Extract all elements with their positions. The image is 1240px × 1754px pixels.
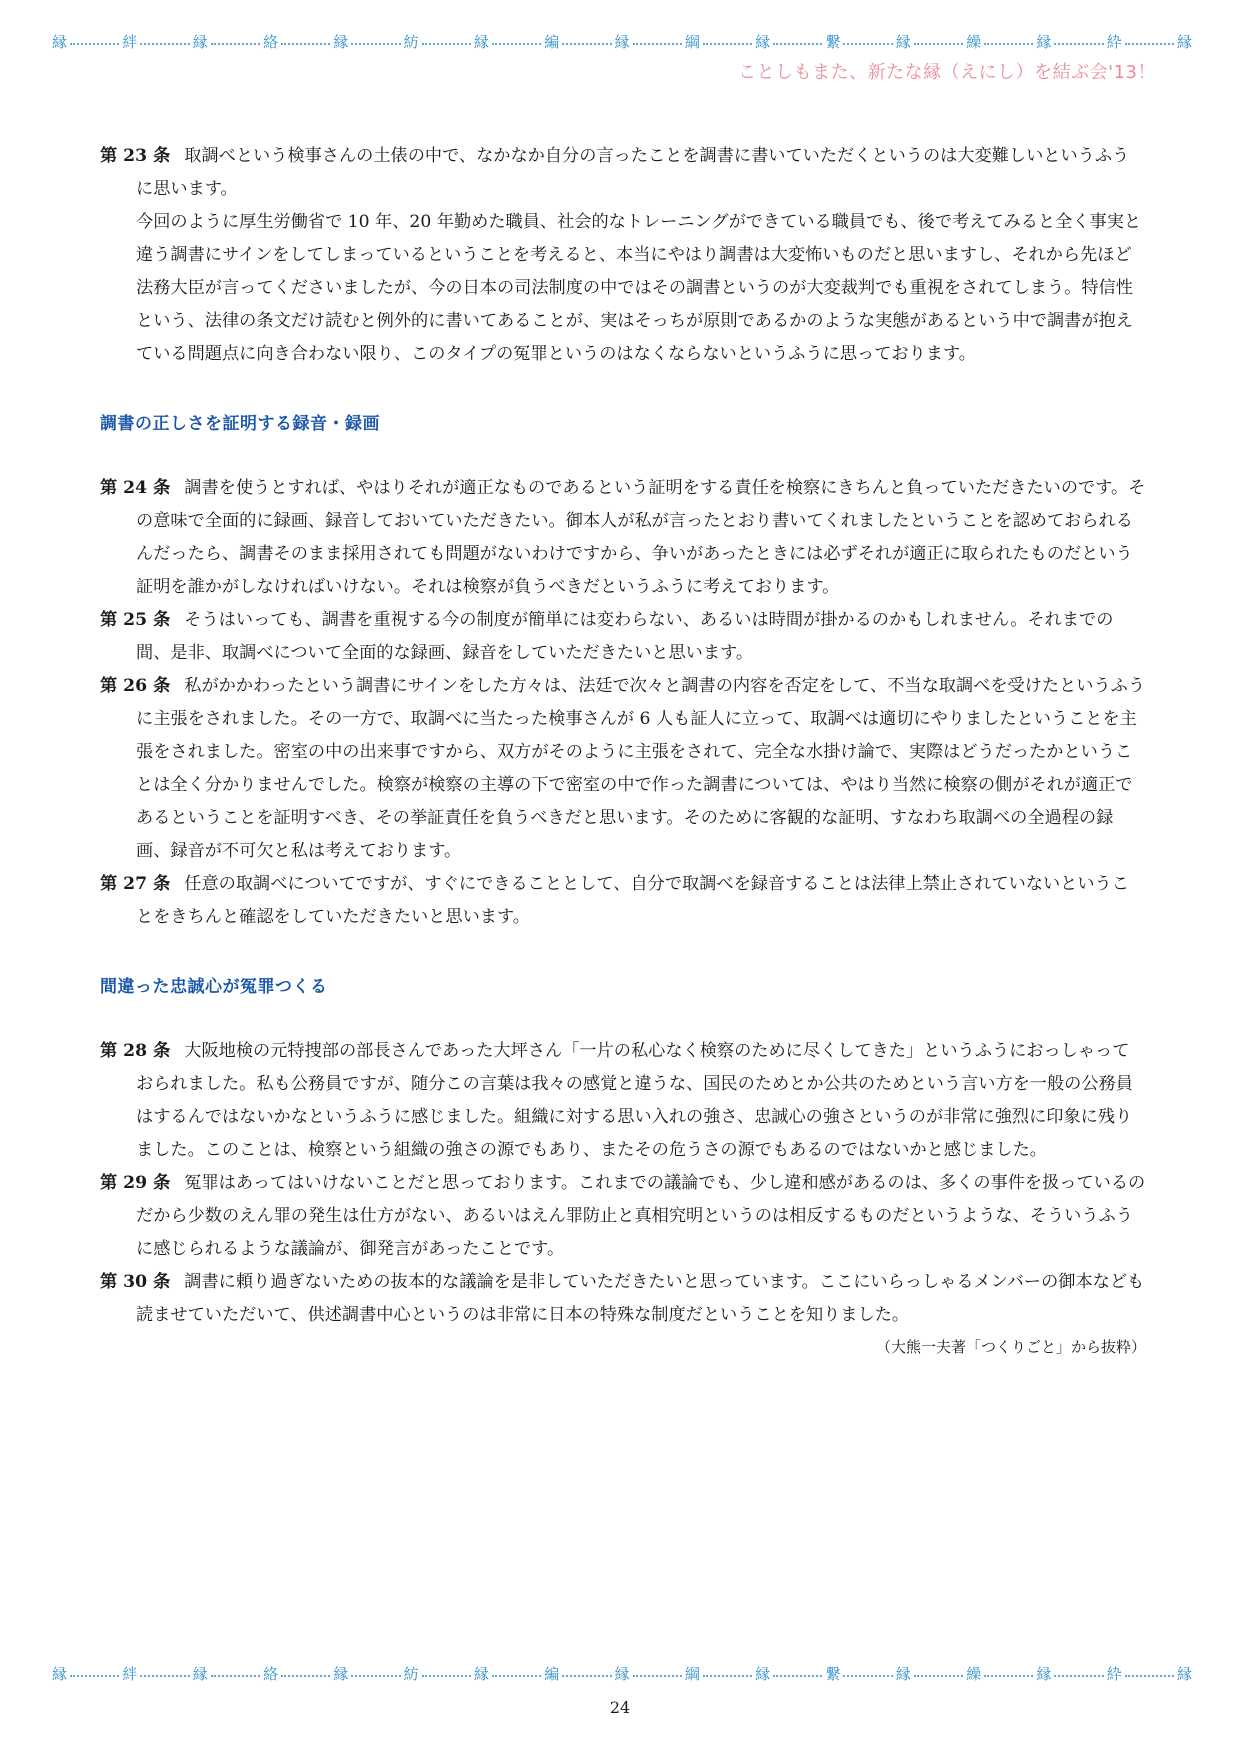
decoration-kanji: 縁 bbox=[1036, 35, 1051, 50]
article-text: そうはいっても、調書を重視する今の制度が簡単には変わらない、あるいは時間が掛かる… bbox=[136, 610, 1113, 663]
decoration-dotted-line bbox=[140, 1675, 189, 1677]
decoration-dotted-line bbox=[351, 1675, 400, 1677]
decoration-dotted-line bbox=[843, 43, 892, 45]
article-25: 第 25 条そうはいっても、調書を重視する今の制度が簡単には変わらない、あるいは… bbox=[100, 604, 1146, 670]
article-number: 第 25 条 bbox=[100, 610, 170, 630]
article-number: 第 27 条 bbox=[100, 874, 170, 894]
decoration-dotted-line bbox=[1125, 43, 1174, 45]
decoration-kanji: 縁 bbox=[333, 35, 348, 50]
article-number: 第 24 条 bbox=[100, 478, 170, 498]
decoration-dotted-line bbox=[281, 43, 330, 45]
decoration-dotted-line bbox=[914, 43, 963, 45]
decoration-dotted-line bbox=[984, 1675, 1033, 1677]
decoration-kanji: 編 bbox=[544, 35, 559, 50]
decoration-kanji: 繋 bbox=[825, 1667, 840, 1682]
article-text: 調書を使うとすれば、やはりそれが適正なものであるという証明をする責任を検察にきち… bbox=[136, 478, 1145, 597]
decoration-dotted-line bbox=[773, 43, 822, 45]
decoration-kanji: 縁 bbox=[474, 35, 489, 50]
decoration-kanji: 繋 bbox=[825, 35, 840, 50]
decoration-dotted-line bbox=[703, 1675, 752, 1677]
decoration-dotted-line bbox=[633, 43, 682, 45]
decoration-kanji: 縁 bbox=[333, 1667, 348, 1682]
decoration-kanji: 縁 bbox=[755, 1667, 770, 1682]
decoration-kanji: 縁 bbox=[1036, 1667, 1051, 1682]
decoration-dotted-line bbox=[1054, 1675, 1103, 1677]
decoration-dotted-line bbox=[351, 43, 400, 45]
document-body: 第 23 条取調べという検事さんの土俵の中で、なかなか自分の言ったことを調書に書… bbox=[100, 140, 1146, 1357]
decoration-kanji: 縁 bbox=[193, 35, 208, 50]
decoration-dotted-line bbox=[281, 1675, 330, 1677]
decoration-dotted-line bbox=[211, 1675, 260, 1677]
decoration-kanji: 縁 bbox=[896, 1667, 911, 1682]
article-27: 第 27 条任意の取調べについてですが、すぐにできることとして、自分で取調べを録… bbox=[100, 868, 1146, 934]
decoration-kanji: 絡 bbox=[263, 35, 278, 50]
article-text: 今回のように厚生労働省で 10 年、20 年勤めた職員、社会的なトレーニングがで… bbox=[136, 212, 1141, 364]
decoration-kanji: 紡 bbox=[404, 35, 419, 50]
decoration-dotted-line bbox=[633, 1675, 682, 1677]
section-heading: 間違った忠誠心が冤罪つくる bbox=[100, 972, 1146, 997]
decoration-kanji: 縁 bbox=[615, 1667, 630, 1682]
header-tagline: ことしもまた、新たな縁（えにし）を結ぶ会'13！ bbox=[738, 58, 1156, 84]
decoration-kanji: 綱 bbox=[685, 35, 700, 50]
article-30: 第 30 条調書に頼り過ぎないための抜本的な議論を是非していただきたいと思ってい… bbox=[100, 1266, 1146, 1332]
article-number: 第 28 条 bbox=[100, 1041, 170, 1061]
article-26: 第 26 条私がかかわったという調書にサインをした方々は、法廷で次々と調書の内容… bbox=[100, 670, 1146, 868]
decoration-kanji: 縁 bbox=[755, 35, 770, 50]
decoration-kanji: 縁 bbox=[1177, 35, 1192, 50]
article-text: 調書に頼り過ぎないための抜本的な議論を是非していただきたいと思っています。ここに… bbox=[136, 1272, 1144, 1325]
decoration-dotted-line bbox=[1125, 1675, 1174, 1677]
article-text: 冤罪はあってはいけないことだと思っております。これまでの議論でも、少し違和感があ… bbox=[136, 1173, 1145, 1259]
article-number: 第 23 条 bbox=[100, 146, 170, 166]
decoration-dotted-line bbox=[492, 43, 541, 45]
article-29: 第 29 条冤罪はあってはいけないことだと思っております。これまでの議論でも、少… bbox=[100, 1167, 1146, 1266]
decoration-kanji: 縁 bbox=[193, 1667, 208, 1682]
decoration-dotted-line bbox=[843, 1675, 892, 1677]
decoration-dotted-line bbox=[140, 43, 189, 45]
decoration-dotted-line bbox=[211, 43, 260, 45]
article-24: 第 24 条調書を使うとすれば、やはりそれが適正なものであるという証明をする責任… bbox=[100, 472, 1146, 604]
decoration-kanji: 紣 bbox=[1107, 35, 1122, 50]
decoration-dotted-line bbox=[70, 1675, 119, 1677]
article-number: 第 29 条 bbox=[100, 1173, 170, 1193]
footer-decoration-row: 縁絆縁絡縁紡縁編縁綱縁繋縁繰縁紣縁 bbox=[52, 1660, 1192, 1688]
decoration-dotted-line bbox=[984, 43, 1033, 45]
article-text: 私がかかわったという調書にサインをした方々は、法廷で次々と調書の内容を否定をして… bbox=[136, 676, 1145, 861]
decoration-kanji: 縁 bbox=[474, 1667, 489, 1682]
decoration-kanji: 綱 bbox=[685, 1667, 700, 1682]
decoration-kanji: 紣 bbox=[1107, 1667, 1122, 1682]
decoration-dotted-line bbox=[492, 1675, 541, 1677]
decoration-kanji: 繰 bbox=[966, 35, 981, 50]
page-number: 24 bbox=[0, 1698, 1240, 1717]
decoration-kanji: 縁 bbox=[615, 35, 630, 50]
section: 間違った忠誠心が冤罪つくる 第 28 条大阪地検の元特捜部の部長さんであった大坪… bbox=[100, 972, 1146, 1332]
source-credit: （大熊一夫著「つくりごと」から抜粋） bbox=[100, 1336, 1146, 1357]
article-number: 第 30 条 bbox=[100, 1272, 170, 1292]
decoration-dotted-line bbox=[70, 43, 119, 45]
decoration-kanji: 絆 bbox=[122, 1667, 137, 1682]
article-23-continuation: 今回のように厚生労働省で 10 年、20 年勤めた職員、社会的なトレーニングがで… bbox=[100, 206, 1146, 371]
decoration-kanji: 縁 bbox=[896, 35, 911, 50]
decoration-kanji: 紡 bbox=[404, 1667, 419, 1682]
decoration-kanji: 編 bbox=[544, 1667, 559, 1682]
decoration-dotted-line bbox=[773, 1675, 822, 1677]
article-28: 第 28 条大阪地検の元特捜部の部長さんであった大坪さん「一片の私心なく検察のた… bbox=[100, 1035, 1146, 1167]
section-heading: 調書の正しさを証明する録音・録画 bbox=[100, 409, 1146, 434]
article-text: 任意の取調べについてですが、すぐにできることとして、自分で取調べを録音することは… bbox=[136, 874, 1129, 927]
article-text: 取調べという検事さんの土俵の中で、なかなか自分の言ったことを調書に書いていただく… bbox=[136, 146, 1129, 199]
article-23: 第 23 条取調べという検事さんの土俵の中で、なかなか自分の言ったことを調書に書… bbox=[100, 140, 1146, 206]
header-decoration-row: 縁絆縁絡縁紡縁編縁綱縁繋縁繰縁紣縁 bbox=[52, 28, 1192, 56]
decoration-dotted-line bbox=[1054, 43, 1103, 45]
decoration-kanji: 縁 bbox=[52, 35, 67, 50]
section: 第 23 条取調べという検事さんの土俵の中で、なかなか自分の言ったことを調書に書… bbox=[100, 140, 1146, 371]
decoration-dotted-line bbox=[422, 1675, 471, 1677]
section: 調書の正しさを証明する録音・録画 第 24 条調書を使うとすれば、やはりそれが適… bbox=[100, 409, 1146, 934]
decoration-dotted-line bbox=[422, 43, 471, 45]
decoration-kanji: 絡 bbox=[263, 1667, 278, 1682]
decoration-dotted-line bbox=[914, 1675, 963, 1677]
decoration-dotted-line bbox=[562, 43, 611, 45]
article-text: 大阪地検の元特捜部の部長さんであった大坪さん「一片の私心なく検察のために尽くして… bbox=[136, 1041, 1133, 1160]
decoration-kanji: 繰 bbox=[966, 1667, 981, 1682]
decoration-kanji: 縁 bbox=[1177, 1667, 1192, 1682]
decoration-dotted-line bbox=[703, 43, 752, 45]
decoration-kanji: 絆 bbox=[122, 35, 137, 50]
decoration-kanji: 縁 bbox=[52, 1667, 67, 1682]
decoration-dotted-line bbox=[562, 1675, 611, 1677]
article-number: 第 26 条 bbox=[100, 676, 170, 696]
